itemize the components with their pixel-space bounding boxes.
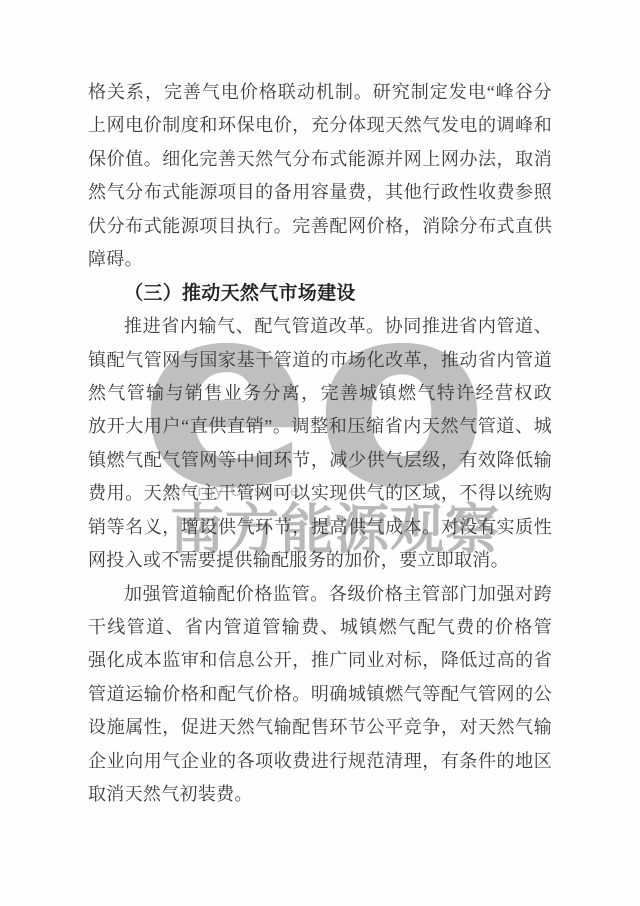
document-text-line: 然气管输与销售业务分离，完善城镇燃气特许经营权政策， (88, 377, 552, 410)
document-text-line: 格关系，完善气电价格联动机制。研究制定发电“峰谷分时” (88, 76, 552, 109)
document-text-line: 管道运输价格和配气价格。明确城镇燃气等配气管网的公共 (88, 678, 552, 711)
document-text-line: 障碍。 (88, 243, 552, 276)
document-text-line: 网投入或不需要提供输配服务的加价，要立即取消。 (88, 544, 552, 577)
document-text-line: 伏分布式能源项目执行。完善配网价格，消除分布式直供的 (88, 210, 552, 243)
document-lines: 格关系，完善气电价格联动机制。研究制定发电“峰谷分时”上网电价制度和环保电价，充… (88, 76, 552, 812)
document-text-line: （三）推动天然气市场建设 (88, 277, 552, 310)
document-text-line: 镇燃气配气管网等中间环节，减少供气层级，有效降低输配 (88, 444, 552, 477)
document-text-line: 企业向用气企业的各项收费进行规范清理，有条件的地区应 (88, 745, 552, 778)
document-text-line: 销等名义，增设供气环节，提高供气成本。对没有实质性管 (88, 511, 552, 544)
document-text-line: 加强管道输配价格监管。各级价格主管部门加强对跨省 (88, 578, 552, 611)
document-text-line: 上网电价制度和环保电价，充分体现天然气发电的调峰和环 (88, 109, 552, 142)
document-text-line: 然气分布式能源项目的备用容量费，其他行政性收费参照光 (88, 176, 552, 209)
document-text-line: 费用。天然气主干管网可以实现供气的区域，不得以统购统 (88, 477, 552, 510)
document-text-line: 保价值。细化完善天然气分布式能源并网上网办法，取消天 (88, 143, 552, 176)
document-text-line: 取消天然气初装费。 (88, 778, 552, 811)
document-text-line: 干线管道、省内管道管输费、城镇燃气配气费的价格管理， (88, 611, 552, 644)
document-text-line: 强化成本监审和信息公开，推广同业对标，降低过高的省内 (88, 644, 552, 677)
document-page: eo Energy Observer 南方能源观察 格关系，完善气电价格联动机制… (0, 0, 640, 906)
document-text-line: 放开大用户“直供直销”。调整和压缩省内天然气管道、城 (88, 410, 552, 443)
document-text-line: 设施属性，促进天然气输配售环节公平竞争，对天然气输配 (88, 711, 552, 744)
document-text-line: 镇配气管网与国家基干管道的市场化改革，推动省内管道天 (88, 344, 552, 377)
document-text-line: 推进省内输气、配气管道改革。协同推进省内管道、城 (88, 310, 552, 343)
